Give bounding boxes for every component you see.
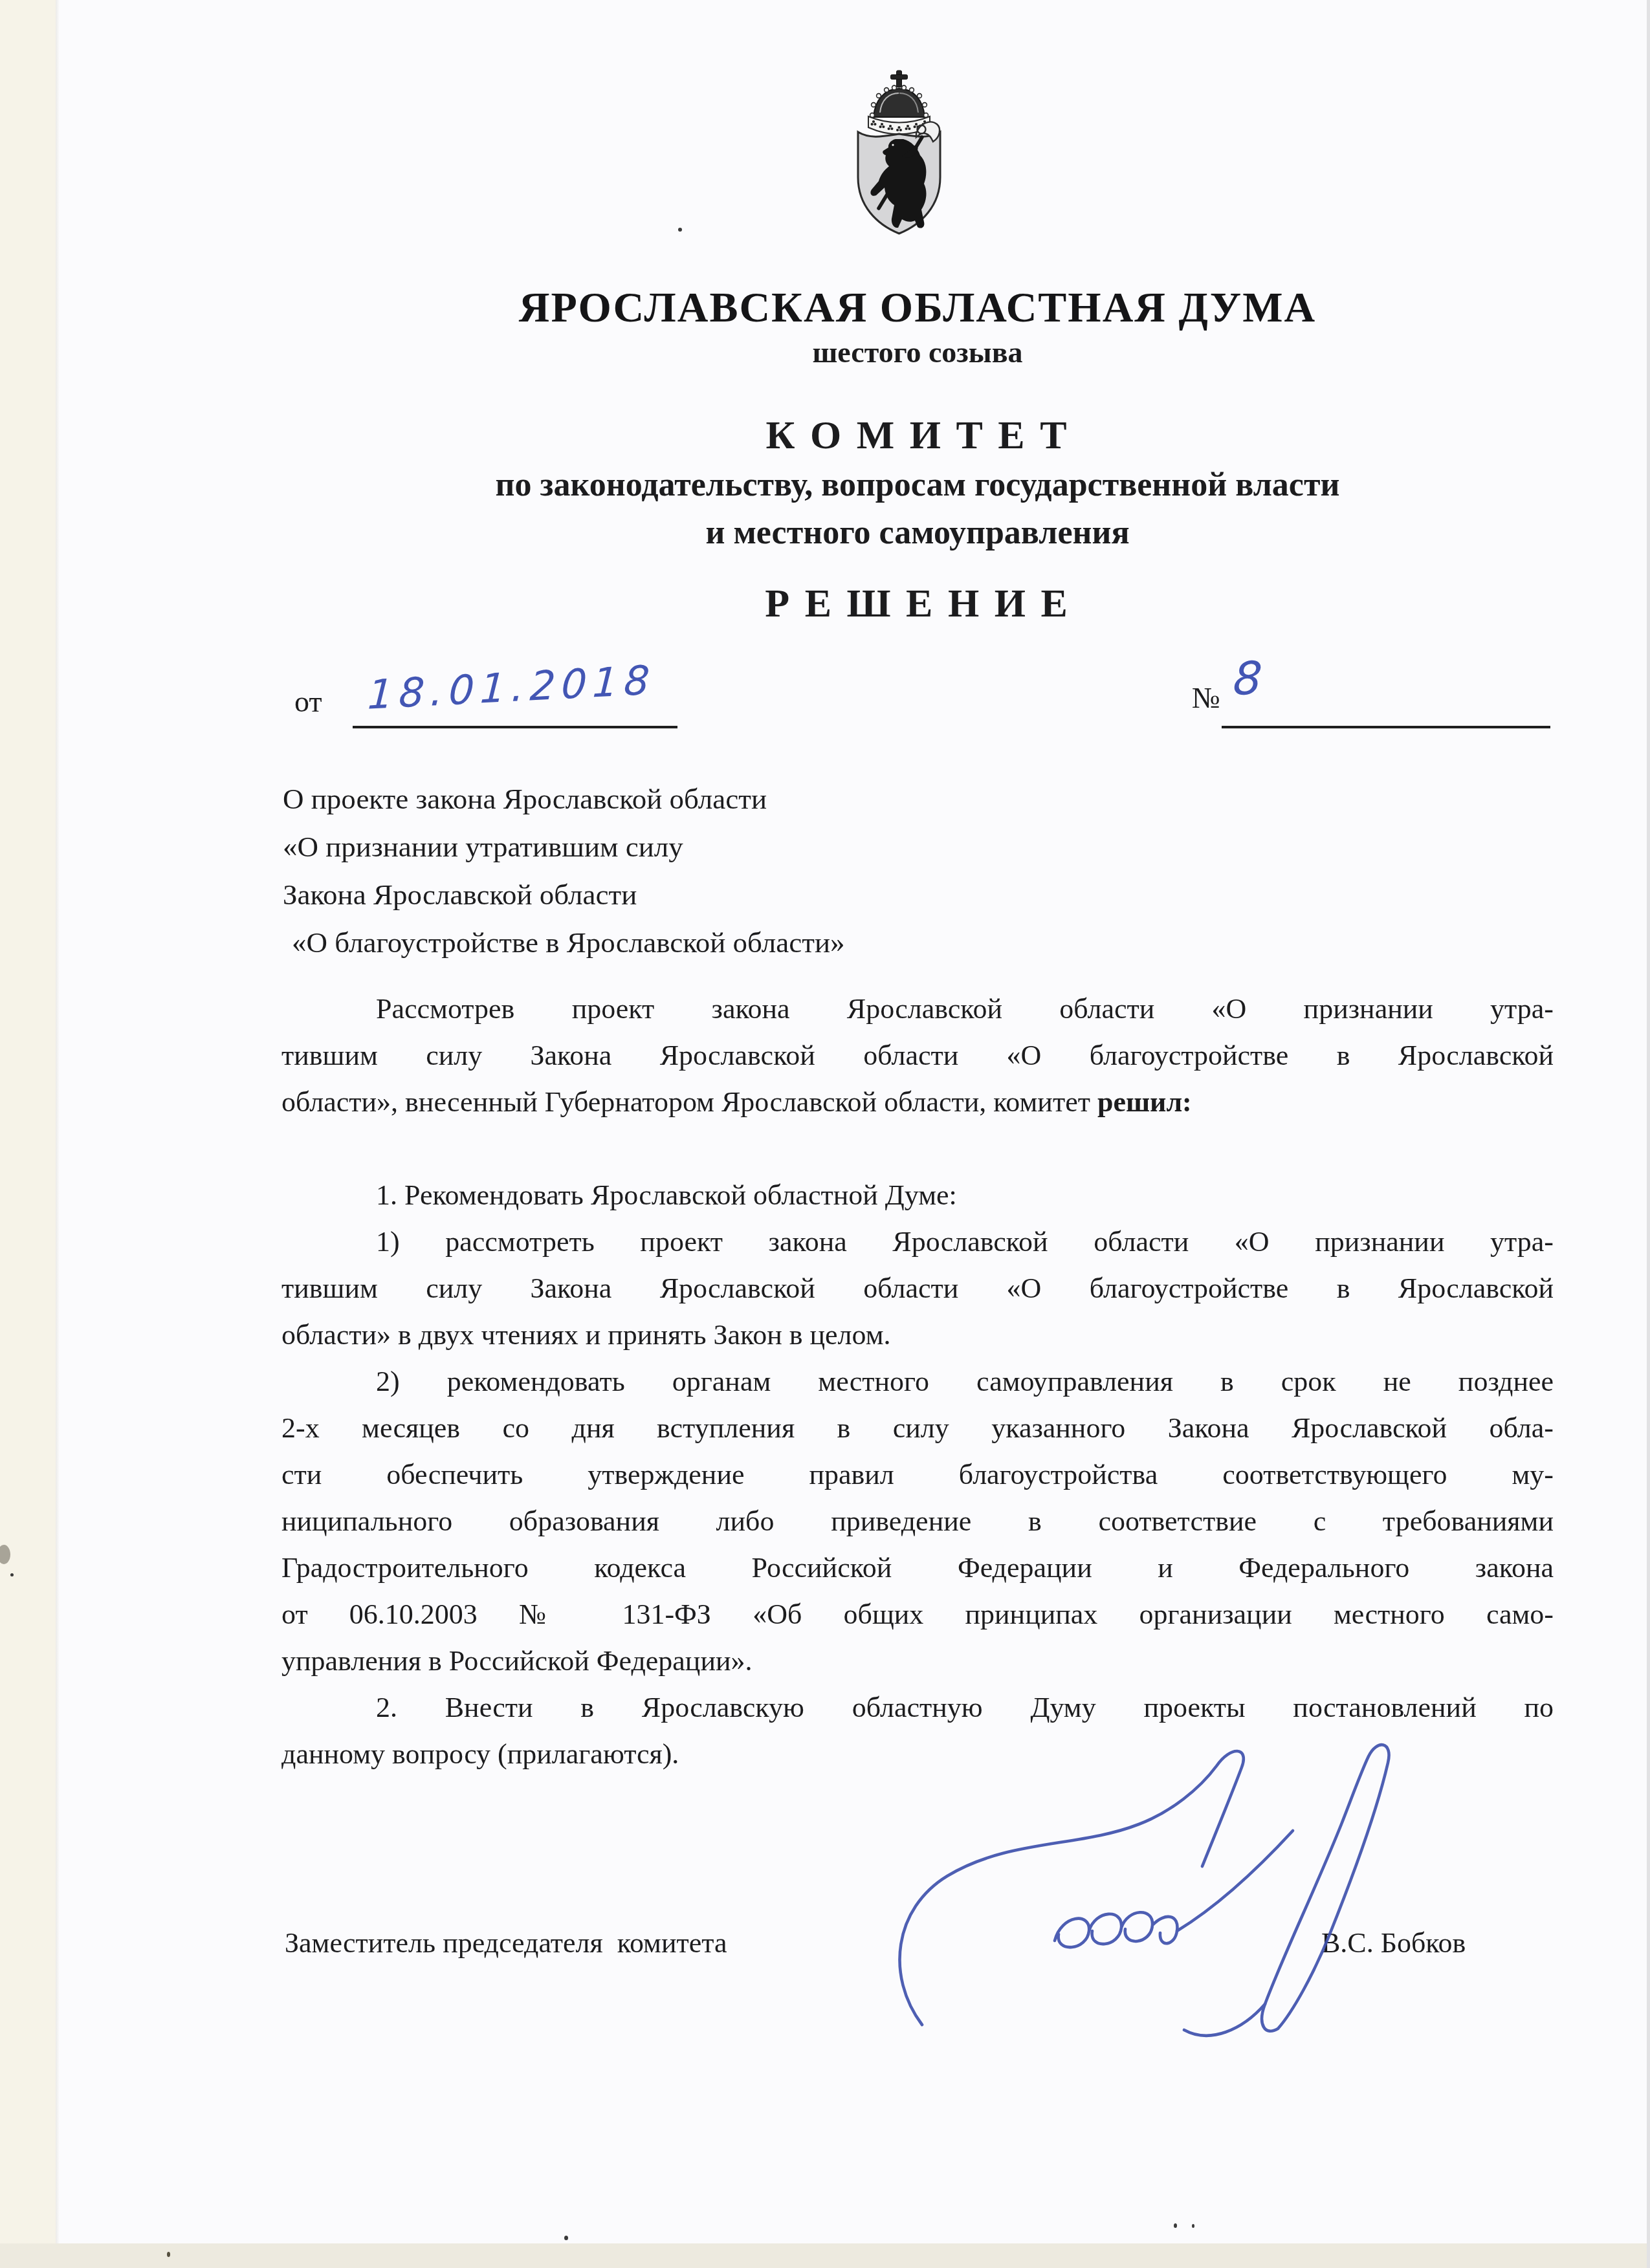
yaroslavl-coat-of-arms-icon: [849, 66, 949, 237]
scan-speck: [167, 2252, 170, 2257]
number-underline: [1222, 726, 1550, 728]
scan-edge-left: [0, 0, 56, 2268]
blank-line: [281, 1126, 1554, 1172]
scan-speck: [10, 1573, 14, 1576]
paragraph-line: 1. Рекомендовать Ярославской областной Д…: [281, 1172, 1554, 1219]
paragraph-line: Градостроительного кодекса Российской Фе…: [281, 1545, 1554, 1591]
subject-line: «О благоустройстве в Ярославской области…: [283, 919, 1253, 966]
paragraph-line: 1) рассмотреть проект закона Ярославской…: [281, 1219, 1554, 1265]
paragraph-line: 2. Внести в Ярославскую областную Думу п…: [281, 1685, 1554, 1731]
subject-line: Закона Ярославской области: [283, 871, 1253, 919]
paragraph-line: управления в Российской Федерации».: [281, 1638, 1554, 1685]
paragraph-line: сти обеспечить утверждение правил благоу…: [281, 1452, 1554, 1498]
org-name: ЯРОСЛАВСКАЯ ОБЛАСТНАЯ ДУМА: [281, 283, 1554, 333]
scanned-document-page: ЯРОСЛАВСКАЯ ОБЛАСТНАЯ ДУМА шестого созыв…: [0, 0, 1650, 2268]
scan-edge-bottom: [0, 2243, 1650, 2268]
subject-line: О проекте закона Ярославской области: [283, 775, 1253, 823]
number-label: №: [1192, 681, 1220, 715]
convocation: шестого созыва: [281, 335, 1554, 369]
paragraph-line: тившим силу Закона Ярославской области «…: [281, 1032, 1554, 1079]
subject-block: О проекте закона Ярославской области «О …: [283, 775, 1253, 966]
scan-speck: [1174, 2223, 1177, 2228]
paragraph-line: ниципального образования либо приведение…: [281, 1498, 1554, 1545]
paragraph-line: области» в двух чтениях и принять Закон …: [281, 1312, 1554, 1358]
paragraph-line: 2) рекомендовать органам местного самоуп…: [281, 1358, 1554, 1405]
body-text: Рассмотрев проект закона Ярославской обл…: [281, 986, 1554, 1778]
document-type-title: Р Е Ш Е Н И Е: [281, 581, 1554, 627]
scan-edge-right: [1647, 0, 1650, 2268]
scan-speck: [1192, 2224, 1194, 2228]
paragraph-line: области», внесенный Губернатором Ярослав…: [281, 1079, 1554, 1126]
scan-speck: [564, 2236, 568, 2240]
paragraph-line: от 06.10.2003 № 131-ФЗ «Об общих принцип…: [281, 1591, 1554, 1638]
handwritten-number: 8: [1232, 651, 1264, 706]
committee-title: К О М И Т Е Т: [281, 413, 1554, 459]
date-underline: [353, 726, 677, 728]
handwritten-signature: [861, 1726, 1430, 2049]
paragraph-line: тившим силу Закона Ярославской области «…: [281, 1265, 1554, 1312]
committee-description-line1: по законодательству, вопросам государств…: [281, 466, 1554, 504]
paragraph-text: области», внесенный Губернатором Ярослав…: [281, 1086, 1097, 1118]
handwritten-date: 18.01.2018: [366, 656, 656, 719]
signer-position-title: Заместитель председателя комитета: [285, 1926, 727, 1959]
date-label: от: [294, 684, 322, 719]
paragraph-line: Рассмотрев проект закона Ярославской обл…: [281, 986, 1554, 1032]
scan-speck: [678, 228, 682, 232]
committee-description-line2: и местного самоуправления: [281, 514, 1554, 552]
resolved-keyword: решил:: [1097, 1086, 1192, 1118]
paragraph-line: 2-х месяцев со дня вступления в силу ука…: [281, 1405, 1554, 1452]
subject-line: «О признании утратившим силу: [283, 823, 1253, 871]
